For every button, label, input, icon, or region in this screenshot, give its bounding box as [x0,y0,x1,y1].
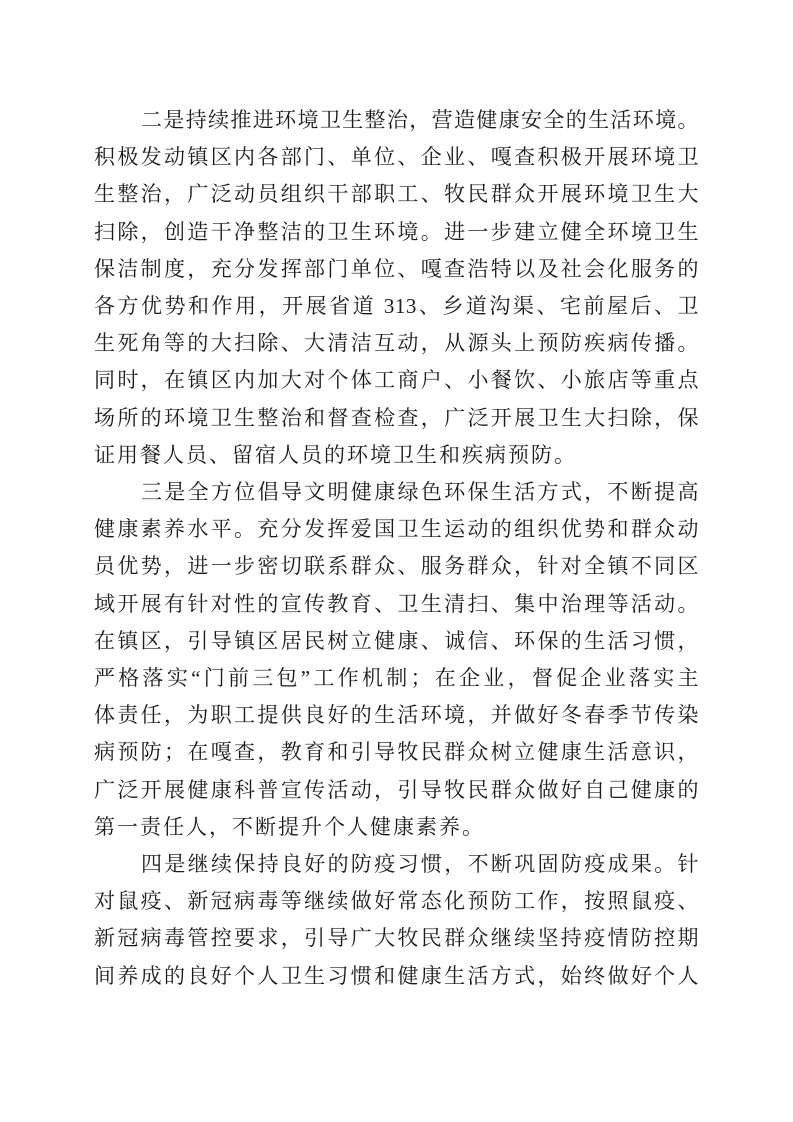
document-line: 同时，在镇区内加大对个体工商户、小餐饮、小旅店等重点 [94,362,699,399]
document-line: 在镇区，引导镇区居民树立健康、诚信、环保的生活习惯， [94,623,699,660]
document-line: 各方优势和作用，开展省道 313、乡道沟渠、宅前屋后、卫 [94,288,699,325]
document-line: 间养成的良好个人卫生习惯和健康生活方式，始终做好个人 [94,958,699,995]
document-line: 体责任，为职工提供良好的生活环境，并做好冬春季节传染 [94,697,699,734]
document-line: 广泛开展健康科普宣传活动，引导牧民群众做好自己健康的 [94,772,699,809]
document-line: 严格落实“门前三包”工作机制；在企业，督促企业落实主 [94,660,699,697]
document-line: 二是持续推进环境卫生整治，营造健康安全的生活环境。 [94,102,699,139]
document-line: 保洁制度，充分发挥部门单位、嘎查浩特以及社会化服务的 [94,251,699,288]
document-line: 健康素养水平。充分发挥爱国卫生运动的组织优势和群众动 [94,511,699,548]
document-line: 证用餐人员、留宿人员的环境卫生和疾病预防。 [94,437,699,474]
document-line: 生死角等的大扫除、大清洁互动，从源头上预防疾病传播。 [94,325,699,362]
document-line: 新冠病毒管控要求，引导广大牧民群众继续坚持疫情防控期 [94,920,699,957]
document-line: 三是全方位倡导文明健康绿色环保生活方式，不断提高 [94,474,699,511]
document-line: 员优势，进一步密切联系群众、服务群众，针对全镇不同区 [94,548,699,585]
document-line: 积极发动镇区内各部门、单位、企业、嘎查积极开展环境卫 [94,139,699,176]
document-line: 四是继续保持良好的防疫习惯，不断巩固防疫成果。针 [94,846,699,883]
document-line: 扫除，创造干净整洁的卫生环境。进一步建立健全环境卫生 [94,214,699,251]
document-body: 二是持续推进环境卫生整治，营造健康安全的生活环境。 积极发动镇区内各部门、单位、… [94,102,699,995]
document-page: 二是持续推进环境卫生整治，营造健康安全的生活环境。 积极发动镇区内各部门、单位、… [0,0,793,1122]
document-line: 第一责任人，不断提升个人健康素养。 [94,809,699,846]
document-line: 生整治，广泛动员组织干部职工、牧民群众开展环境卫生大 [94,176,699,213]
document-line: 场所的环境卫生整治和督查检查，广泛开展卫生大扫除，保 [94,400,699,437]
document-line: 域开展有针对性的宣传教育、卫生清扫、集中治理等活动。 [94,586,699,623]
document-line: 对鼠疫、新冠病毒等继续做好常态化预防工作，按照鼠疫、 [94,883,699,920]
document-line: 病预防；在嘎查，教育和引导牧民群众树立健康生活意识， [94,734,699,771]
